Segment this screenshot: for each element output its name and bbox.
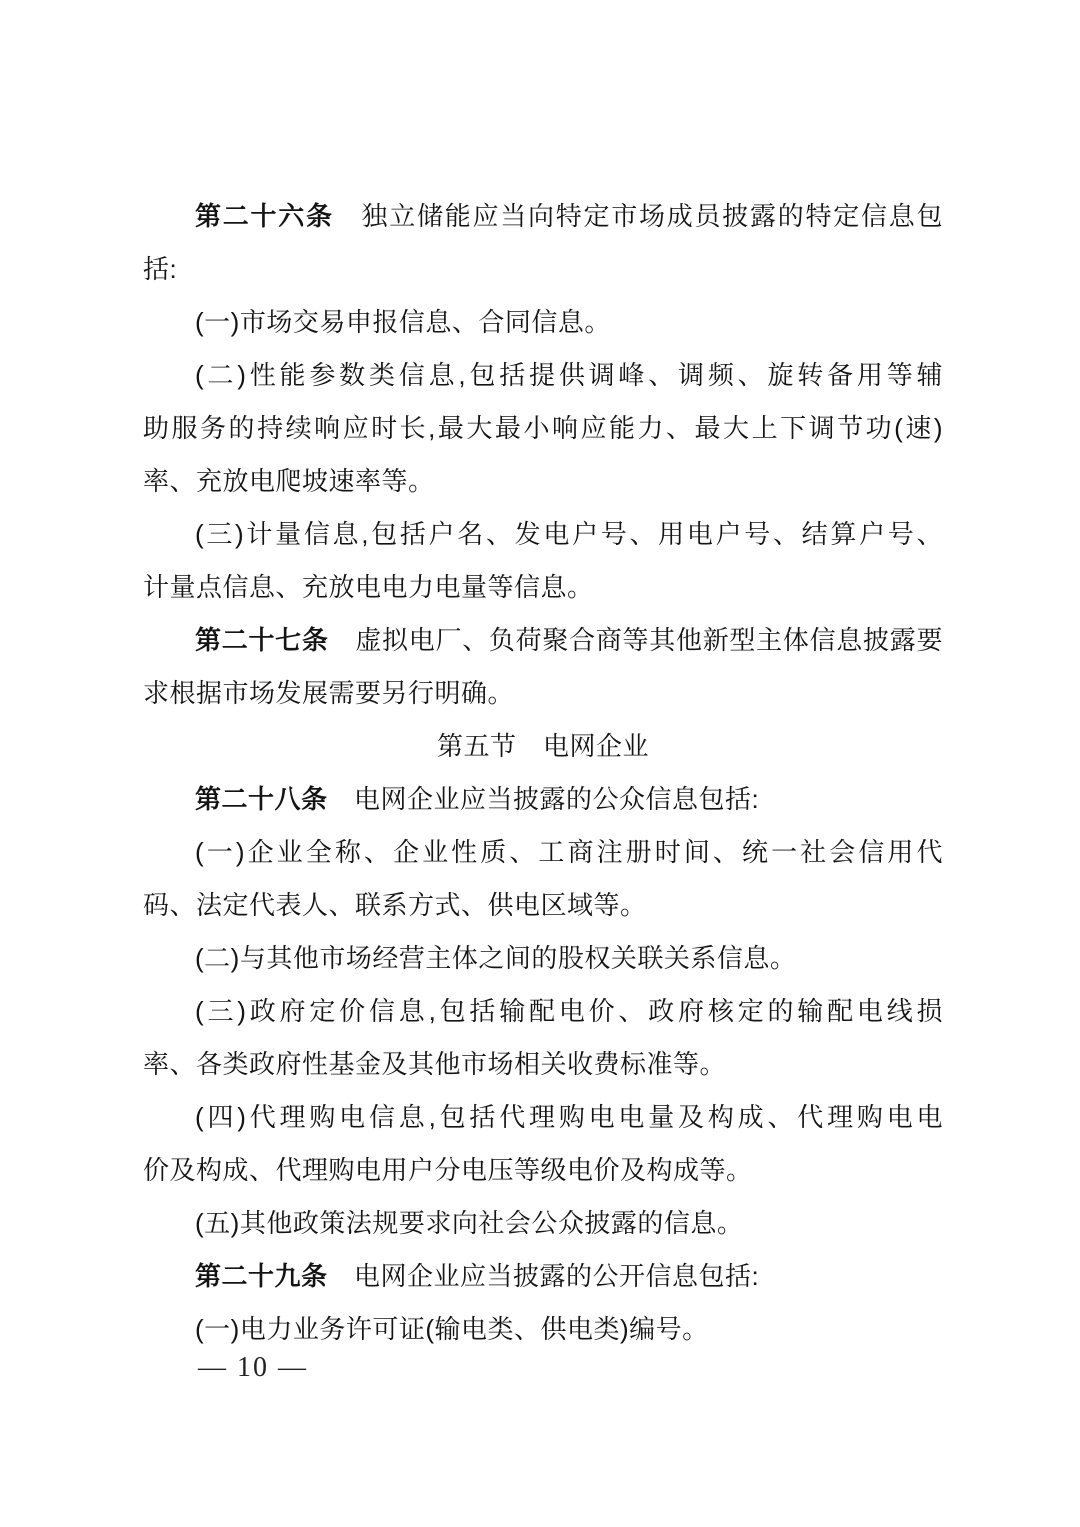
text-line: 助服务的持续响应时长,最大最小响应能力、最大上下调节功(速) [143, 402, 943, 455]
article-number: 第二十九条 [195, 1261, 328, 1291]
line-text: (一)市场交易申报信息、合同信息。 [195, 307, 611, 337]
text-line: 第二十八条 电网企业应当披露的公众信息包括: [143, 773, 943, 826]
article-number: 第二十八条 [195, 784, 328, 814]
line-text: 括: [143, 254, 177, 284]
text-line: 码、法定代表人、联系方式、供电区域等。 [143, 879, 943, 932]
text-line: 第二十六条 独立储能应当向特定市场成员披露的特定信息包 [143, 190, 943, 243]
line-text: (一)企业全称、企业性质、工商注册时间、统一社会信用代 [195, 837, 943, 867]
text-line: (二)与其他市场经营主体之间的股权关联关系信息。 [143, 932, 943, 985]
line-text: 求根据市场发展需要另行明确。 [143, 678, 514, 708]
text-line: 价及构成、代理购电用户分电压等级电价及构成等。 [143, 1144, 943, 1197]
text-line: (五)其他政策法规要求向社会公众披露的信息。 [143, 1197, 943, 1250]
line-text: (三)计量信息,包括户名、发电户号、用电户号、结算户号、 [195, 519, 943, 549]
line-text: (一)电力业务许可证(输电类、供电类)编号。 [195, 1314, 709, 1344]
text-line: 括: [143, 243, 943, 296]
text-line: 率、各类政府性基金及其他市场相关收费标准等。 [143, 1038, 943, 1091]
line-text: 电网企业应当披露的公众信息包括: [328, 784, 760, 814]
page-number: — 10 — [198, 1346, 308, 1390]
text-line: (一)企业全称、企业性质、工商注册时间、统一社会信用代 [143, 826, 943, 879]
text-line: (四)代理购电信息,包括代理购电电量及构成、代理购电电 [143, 1091, 943, 1144]
line-text: 虚拟电厂、负荷聚合商等其他新型主体信息披露要 [329, 625, 943, 655]
line-text: (三)政府定价信息,包括输配电价、政府核定的输配电线损 [195, 996, 943, 1026]
text-line: (二)性能参数类信息,包括提供调峰、调频、旋转备用等辅 [143, 349, 943, 402]
text-line: 第二十九条 电网企业应当披露的公开信息包括: [143, 1250, 943, 1303]
line-text: 计量点信息、充放电电力电量等信息。 [143, 572, 594, 602]
text-line: (一)市场交易申报信息、合同信息。 [143, 296, 943, 349]
line-text: 率、各类政府性基金及其他市场相关收费标准等。 [143, 1049, 726, 1079]
text-line: 第二十七条 虚拟电厂、负荷聚合商等其他新型主体信息披露要 [143, 614, 943, 667]
text-line: (三)计量信息,包括户名、发电户号、用电户号、结算户号、 [143, 508, 943, 561]
line-text: 独立储能应当向特定市场成员披露的特定信息包 [334, 201, 943, 231]
text-line: 求根据市场发展需要另行明确。 [143, 667, 943, 720]
line-text: 率、充放电爬坡速率等。 [143, 466, 435, 496]
document-body: 第二十六条 独立储能应当向特定市场成员披露的特定信息包括:(一)市场交易申报信息… [143, 190, 943, 1356]
line-text: 电网企业应当披露的公开信息包括: [328, 1261, 760, 1291]
text-line: 计量点信息、充放电电力电量等信息。 [143, 561, 943, 614]
document-page: 第二十六条 独立储能应当向特定市场成员披露的特定信息包括:(一)市场交易申报信息… [0, 0, 1080, 1527]
section-heading: 第五节 电网企业 [143, 720, 943, 773]
line-text: (二)性能参数类信息,包括提供调峰、调频、旋转备用等辅 [195, 360, 943, 390]
section-heading-text: 第五节 电网企业 [437, 731, 649, 761]
line-text: 助服务的持续响应时长,最大最小响应能力、最大上下调节功(速) [143, 413, 943, 443]
line-text: (五)其他政策法规要求向社会公众披露的信息。 [195, 1208, 743, 1238]
text-line: (三)政府定价信息,包括输配电价、政府核定的输配电线损 [143, 985, 943, 1038]
line-text: (二)与其他市场经营主体之间的股权关联关系信息。 [195, 943, 796, 973]
text-line: 率、充放电爬坡速率等。 [143, 455, 943, 508]
line-text: 码、法定代表人、联系方式、供电区域等。 [143, 890, 647, 920]
line-text: 价及构成、代理购电用户分电压等级电价及构成等。 [143, 1155, 753, 1185]
line-text: (四)代理购电信息,包括代理购电电量及构成、代理购电电 [195, 1102, 943, 1132]
article-number: 第二十六条 [195, 201, 334, 231]
article-number: 第二十七条 [195, 625, 329, 655]
